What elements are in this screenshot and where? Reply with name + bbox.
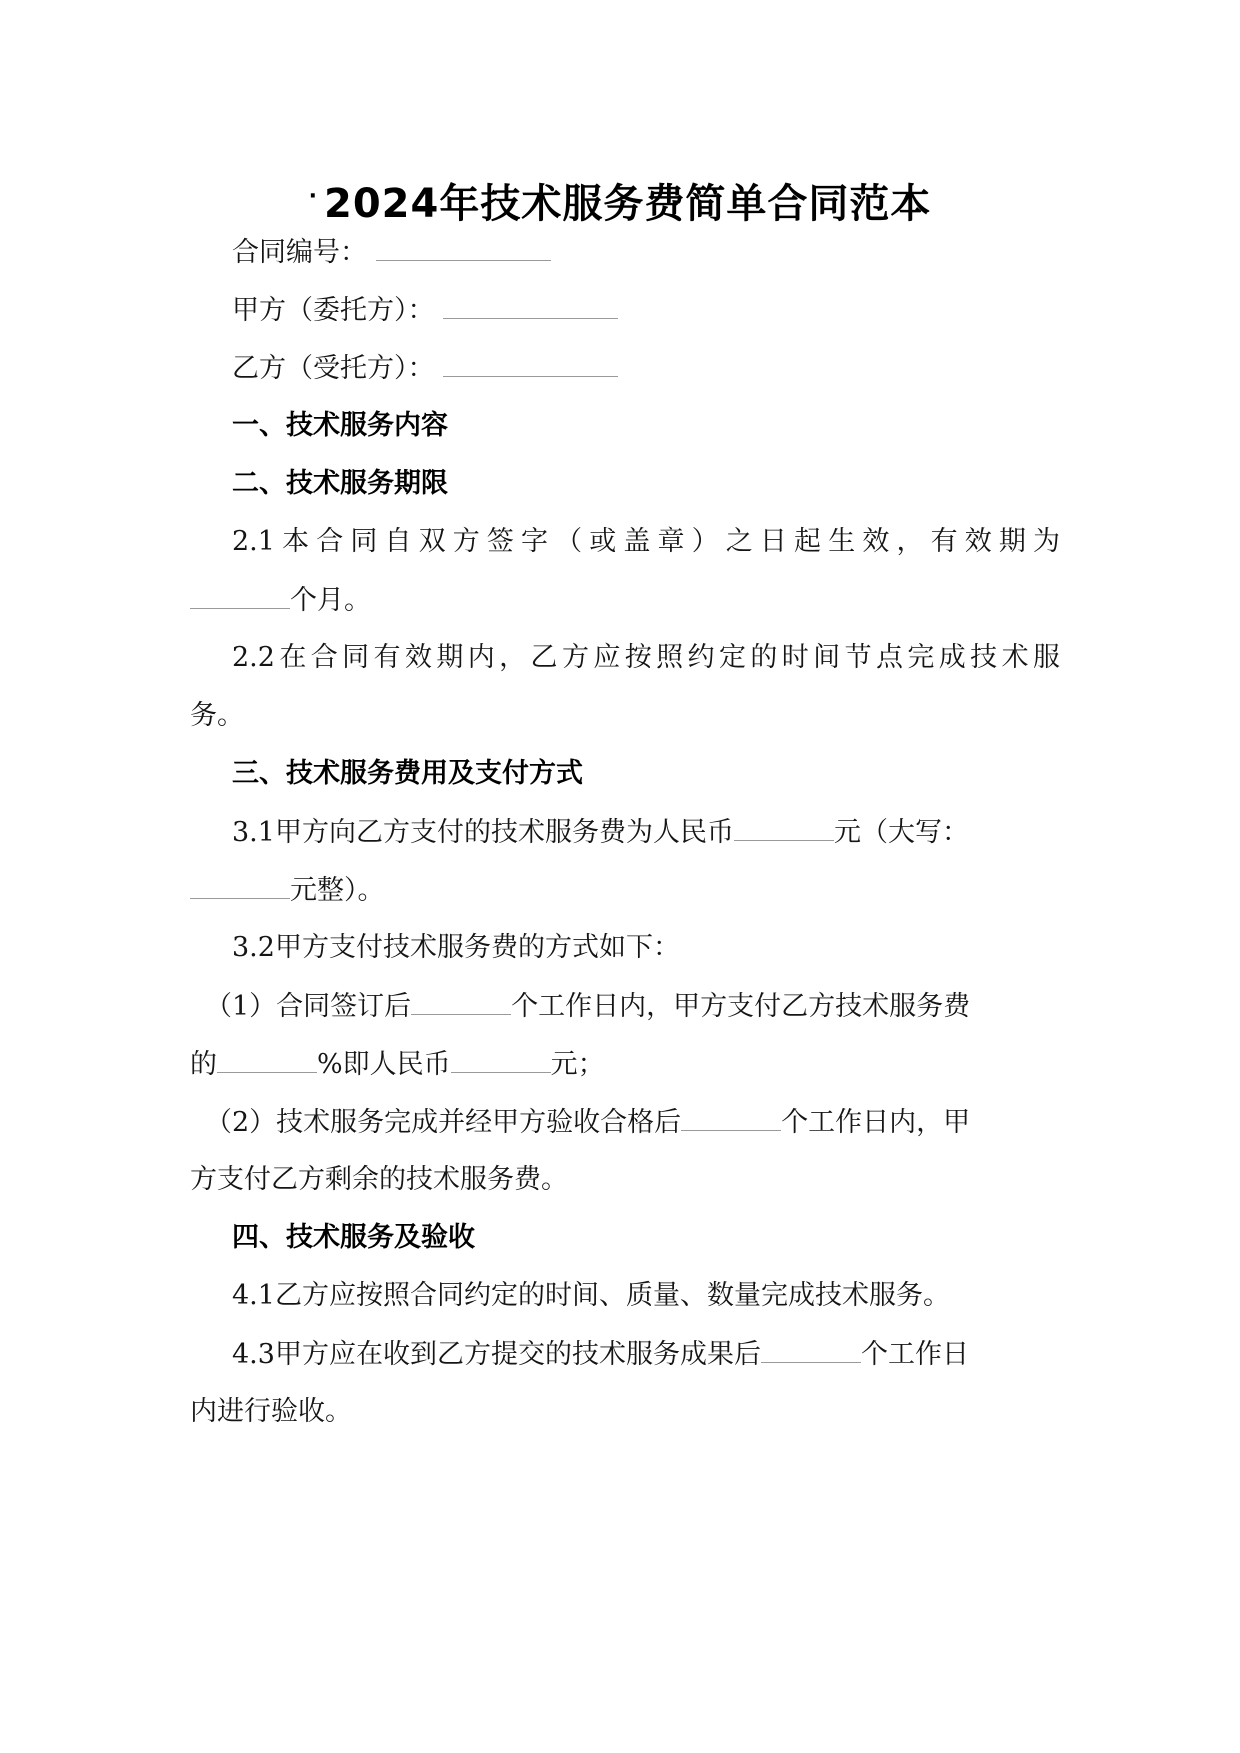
contract-number-field: 合同编号：: [232, 232, 1102, 273]
party-b-blank[interactable]: [443, 348, 618, 377]
party-a-label: 甲方（委托方）：: [232, 295, 435, 326]
contract-number-label: 合同编号：: [232, 237, 367, 268]
final-payment-days-blank[interactable]: [681, 1102, 781, 1131]
payment-amount-blank[interactable]: [451, 1044, 551, 1073]
section-1-heading: 一、技术服务内容: [232, 406, 1102, 446]
fee-amount-blank[interactable]: [734, 812, 834, 841]
acceptance-days-blank[interactable]: [761, 1334, 861, 1363]
payment-item-1-line2-suffix: 元；: [551, 1049, 605, 1080]
clause-3-1-line2: 元整）。: [190, 870, 1060, 911]
contract-number-blank[interactable]: [376, 232, 551, 261]
payment-item-1-suffix: 个工作日内，甲方支付乙方技术服务费: [511, 991, 970, 1022]
party-a-field: 甲方（委托方）：: [232, 290, 1102, 331]
clause-2-1-suffix: 个月。: [290, 585, 371, 616]
payment-item-2-line1: （2）技术服务完成并经甲方验收合格后个工作日内，甲: [205, 1102, 1075, 1143]
clause-3-1-line2-suffix: 元整）。: [290, 875, 385, 906]
payment-percent-blank[interactable]: [217, 1044, 317, 1073]
payment-item-1-line2: 的%即人民币元；: [190, 1044, 1060, 1085]
party-b-field: 乙方（受托方）：: [232, 348, 1102, 389]
payment-item-2-prefix: （2）技术服务完成并经甲方验收合格后: [205, 1107, 681, 1138]
clause-4-3-line1: 4.3甲方应在收到乙方提交的技术服务成果后个工作日: [232, 1334, 1102, 1375]
payment-item-1-prefix: （1）合同签订后: [205, 991, 411, 1022]
clause-2-1-line2: 个月。: [190, 580, 1060, 621]
document-page: ·2024年技术服务费简单合同范本 合同编号： 甲方（委托方）： 乙方（受托方）…: [0, 0, 1240, 1753]
payment-item-1-line2-mid: %即人民币: [317, 1049, 451, 1080]
clause-2-1-line1: 2.1本合同自双方签字（或盖章）之日起生效，有效期为: [232, 522, 1060, 562]
payment-item-2-suffix: 个工作日内，甲: [781, 1107, 970, 1138]
title-mark: ·: [309, 184, 318, 209]
section-3-heading: 三、技术服务费用及支付方式: [232, 754, 1102, 794]
clause-3-1-suffix: 元（大写：: [834, 817, 969, 848]
payment-item-1-line1: （1）合同签订后个工作日内，甲方支付乙方技术服务费: [205, 986, 1075, 1027]
clause-3-1-line1: 3.1甲方向乙方支付的技术服务费为人民币元（大写：: [232, 812, 1102, 853]
clause-4-3-line2: 内进行验收。: [190, 1392, 1060, 1432]
clause-4-3-prefix: 4.3甲方应在收到乙方提交的技术服务成果后: [232, 1339, 761, 1370]
section-2-heading: 二、技术服务期限: [232, 464, 1102, 504]
clause-4-1: 4.1乙方应按照合同约定的时间、质量、数量完成技术服务。: [232, 1276, 1102, 1316]
clause-2-2-line1: 2.2在合同有效期内，乙方应按照约定的时间节点完成技术服: [232, 638, 1060, 678]
clause-3-2: 3.2甲方支付技术服务费的方式如下：: [232, 928, 1102, 968]
clause-3-1-prefix: 3.1甲方向乙方支付的技术服务费为人民币: [232, 817, 734, 848]
payment-item-2-line2: 方支付乙方剩余的技术服务费。: [190, 1160, 1060, 1200]
party-a-blank[interactable]: [443, 290, 618, 319]
party-b-label: 乙方（受托方）：: [232, 353, 435, 384]
fee-amount-words-blank[interactable]: [190, 870, 290, 899]
section-4-heading: 四、技术服务及验收: [232, 1218, 1102, 1258]
term-months-blank[interactable]: [190, 580, 290, 609]
payment-days-blank[interactable]: [411, 986, 511, 1015]
document-title: ·2024年技术服务费简单合同范本: [0, 172, 1240, 229]
clause-2-2-line2: 务。: [190, 696, 1060, 736]
title-text: 2024年技术服务费简单合同范本: [324, 181, 931, 227]
payment-item-1-line2-prefix: 的: [190, 1049, 217, 1080]
clause-4-3-suffix: 个工作日: [861, 1339, 969, 1370]
